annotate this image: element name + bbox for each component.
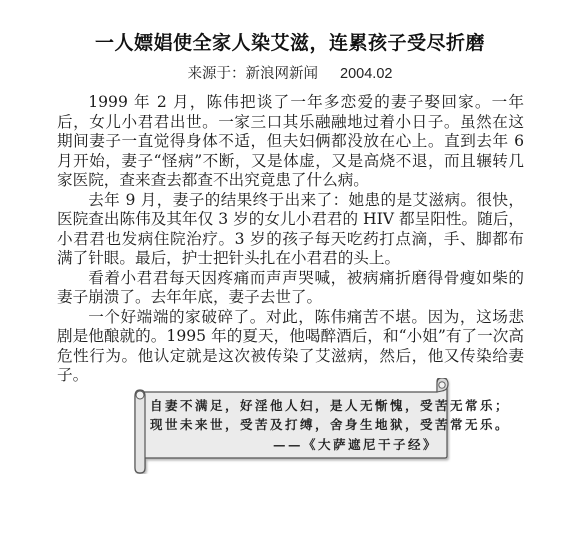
source-label: 来源于：新浪网新闻 <box>188 66 319 82</box>
quote-line-1: 自妻不满足，好淫他人妇，是人无惭愧，受苦无常乐； <box>150 397 440 416</box>
quote-line-2: 现世未来世，受苦及打缚，舍身生地狱，受苦常无乐。 <box>150 416 440 435</box>
article-source-line: 来源于：新浪网新闻2004.02 <box>0 62 580 83</box>
article-body: 1999 年 2 月，陈伟把谈了一年多恋爱的妻子娶回家。一年后，女儿小君君出世。… <box>57 93 524 386</box>
article-title: 一人嫖娼使全家人染艾滋，连累孩子受尽折磨 <box>0 28 580 55</box>
quote-text: 自妻不满足，好淫他人妇，是人无惭愧，受苦无常乐； 现世未来世，受苦及打缚，舍身生… <box>150 397 440 455</box>
paragraph-1: 1999 年 2 月，陈伟把谈了一年多恋爱的妻子娶回家。一年后，女儿小君君出世。… <box>57 93 524 191</box>
paragraph-2: 去年 9 月，妻子的结果终于出来了：她患的是艾滋病。很快，医院查出陈伟及其年仅 … <box>57 191 524 269</box>
paragraph-4: 一个好端端的家破碎了。对此，陈伟痛苦不堪。因为，这场悲剧是他酿就的。1995 年… <box>57 308 524 386</box>
paragraph-3: 看着小君君每天因疼痛而声声哭喊，被病痛折磨得骨瘦如柴的妻子崩溃了。去年年底，妻子… <box>57 269 524 308</box>
quote-attribution: ——《大萨遮尼干子经》 <box>150 436 440 455</box>
publish-date: 2004.02 <box>340 66 392 82</box>
